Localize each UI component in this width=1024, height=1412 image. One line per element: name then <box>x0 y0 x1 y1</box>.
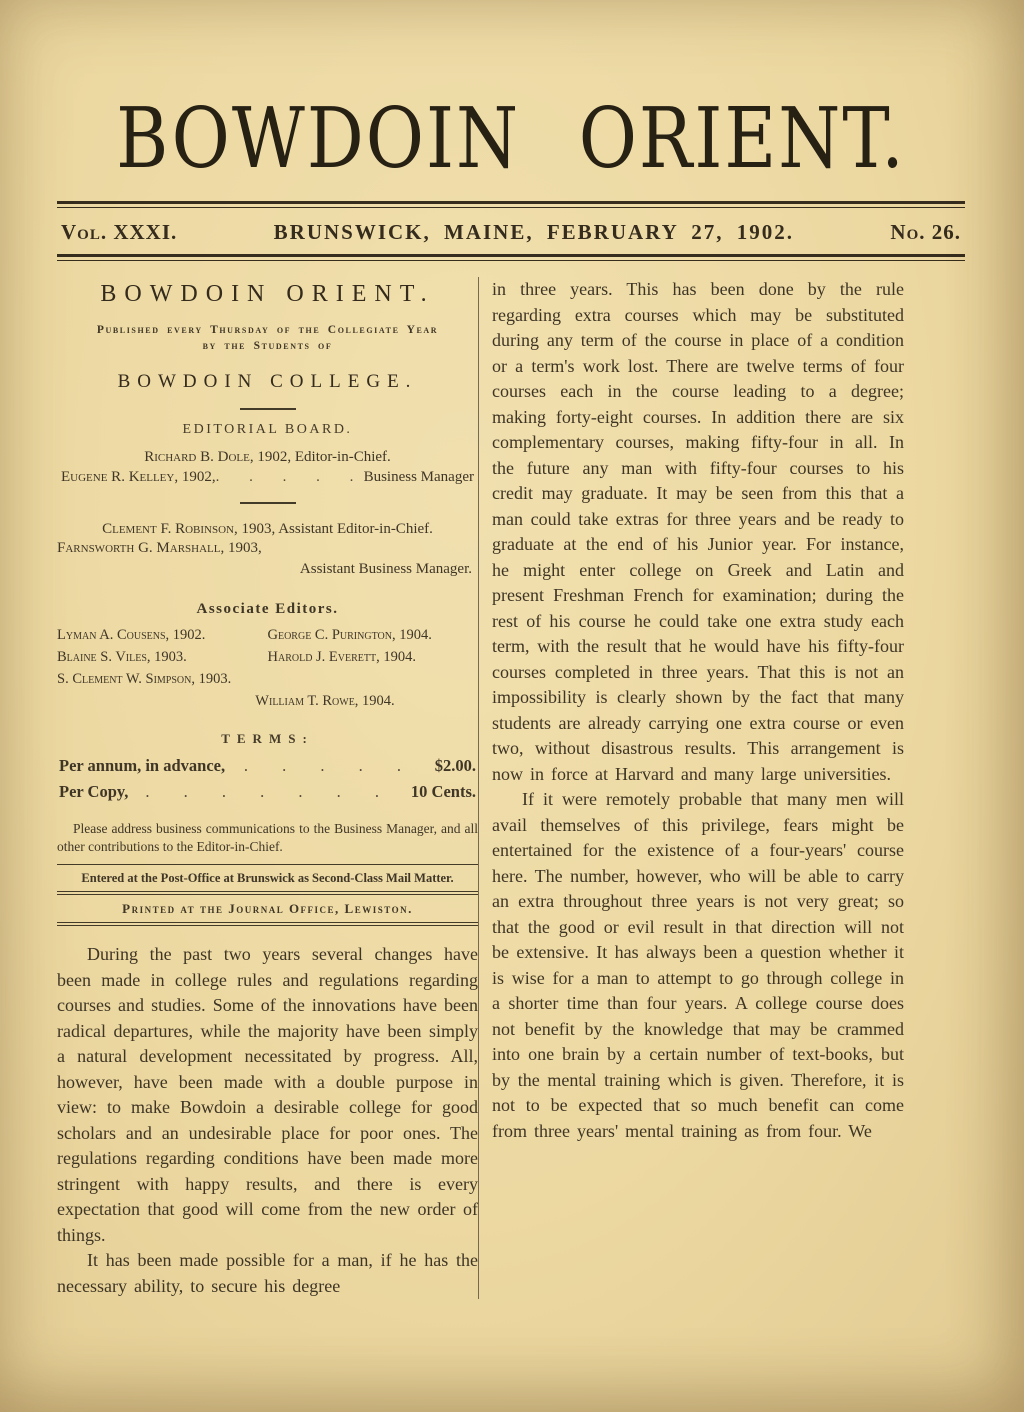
assistant-manager-role: Assistant Business Manager. <box>57 560 478 579</box>
article-paragraph: It has been made possible for a man, if … <box>57 1248 478 1299</box>
left-column: BOWDOIN ORIENT. Published every Thursday… <box>57 275 478 1299</box>
associate-editors-heading: Associate Editors. <box>57 601 478 618</box>
published-line-1: Published every Thursday of the Collegia… <box>57 322 478 338</box>
terms-label: Per Copy, <box>59 779 128 805</box>
dateline-rule <box>57 254 965 261</box>
editor-in-chief-name: Richard B. Dole, 1902, <box>144 449 291 465</box>
published-line-2: by the Students of <box>57 338 478 354</box>
article-paragraph: in three years. This has been done by th… <box>492 277 904 787</box>
paper-info-block: BOWDOIN ORIENT. Published every Thursday… <box>57 281 478 926</box>
college-name: BOWDOIN COLLEGE. <box>57 371 478 393</box>
terms-label: Per annum, in advance, <box>59 753 225 779</box>
associate-editor-name: Harold J. Everett, 1904. <box>268 649 479 666</box>
dot-leader: . . . . . . . <box>128 779 411 805</box>
dot-leader: . . . . . <box>225 753 435 779</box>
associate-editor-name: George C. Purington, 1904. <box>268 627 479 644</box>
section-rule <box>240 408 296 410</box>
terms-value: 10 Cents. <box>411 779 476 805</box>
dot-leader: . . . . . <box>216 467 364 487</box>
associate-editor-name: Lyman A. Cousens, 1902. <box>57 627 268 644</box>
dateline-number: No. 26. <box>890 220 961 245</box>
masthead-title: BOWDOIN ORIENT. <box>57 90 965 187</box>
assistants-block: Clement F. Robinson, 1903, Assistant Edi… <box>57 520 478 579</box>
address-notice: Please address business communications t… <box>57 820 478 855</box>
column-divider-rule <box>478 277 479 1299</box>
associate-editors-list: Lyman A. Cousens, 1902. George C. Puring… <box>57 627 478 710</box>
business-manager-name: Eugene R. Kelley, 1902, <box>61 467 216 487</box>
associate-editor-name: S. Clement W. Simpson, 1903. <box>57 671 478 688</box>
right-column: in three years. This has been done by th… <box>492 275 904 1299</box>
dateline-volume: Vol. XXXI. <box>61 220 177 245</box>
assistant-manager-name: Farnsworth G. Marshall, 1903, <box>57 539 478 558</box>
article-left: During the past two years several change… <box>57 942 478 1299</box>
article-paragraph: During the past two years several change… <box>57 942 478 1248</box>
printed-notice: Printed at the Journal Office, Lewiston. <box>57 895 478 922</box>
dateline: Vol. XXXI. BRUNSWICK, MAINE, FEBRUARY 27… <box>57 208 965 254</box>
business-manager-role: Business Manager <box>364 467 474 487</box>
editor-in-chief-line: Richard B. Dole, 1902, Editor-in-Chief. <box>57 447 478 467</box>
terms-row-per-copy: Per Copy, . . . . . . . 10 Cents. <box>57 779 478 805</box>
assistant-editor-name: Clement F. Robinson, 1903, <box>102 521 275 537</box>
assistant-editor-line: Clement F. Robinson, 1903, Assistant Edi… <box>57 520 478 539</box>
terms-table: Per annum, in advance, . . . . . $2.00. … <box>57 753 478 805</box>
associate-editor-name: William T. Rowe, 1904. <box>57 693 478 710</box>
entered-notice: Entered at the Post-Office at Brunswick … <box>57 865 478 891</box>
paper-name: BOWDOIN ORIENT. <box>57 281 478 308</box>
dateline-place-date: BRUNSWICK, MAINE, FEBRUARY 27, 1902. <box>177 220 890 245</box>
newspaper-page: BOWDOIN ORIENT. Vol. XXXI. BRUNSWICK, MA… <box>57 26 965 1299</box>
notice-rule <box>57 922 478 926</box>
business-manager-line: Eugene R. Kelley, 1902, . . . . . Busine… <box>57 467 478 487</box>
editor-in-chief-role: Editor-in-Chief. <box>295 449 391 465</box>
assistant-editor-role: Assistant Editor-in-Chief. <box>278 521 433 537</box>
masthead-rule <box>57 201 965 208</box>
article-right: in three years. This has been done by th… <box>492 277 904 1144</box>
editorial-board-heading: EDITORIAL BOARD. <box>57 422 478 438</box>
terms-row-per-annum: Per annum, in advance, . . . . . $2.00. <box>57 753 478 779</box>
associate-editor-name: Blaine S. Viles, 1903. <box>57 649 268 666</box>
terms-value: $2.00. <box>435 753 476 779</box>
article-paragraph: If it were remotely probable that many m… <box>492 787 904 1144</box>
terms-heading: TERMS: <box>57 731 478 747</box>
page-columns: BOWDOIN ORIENT. Published every Thursday… <box>57 275 965 1299</box>
section-rule <box>240 502 296 504</box>
